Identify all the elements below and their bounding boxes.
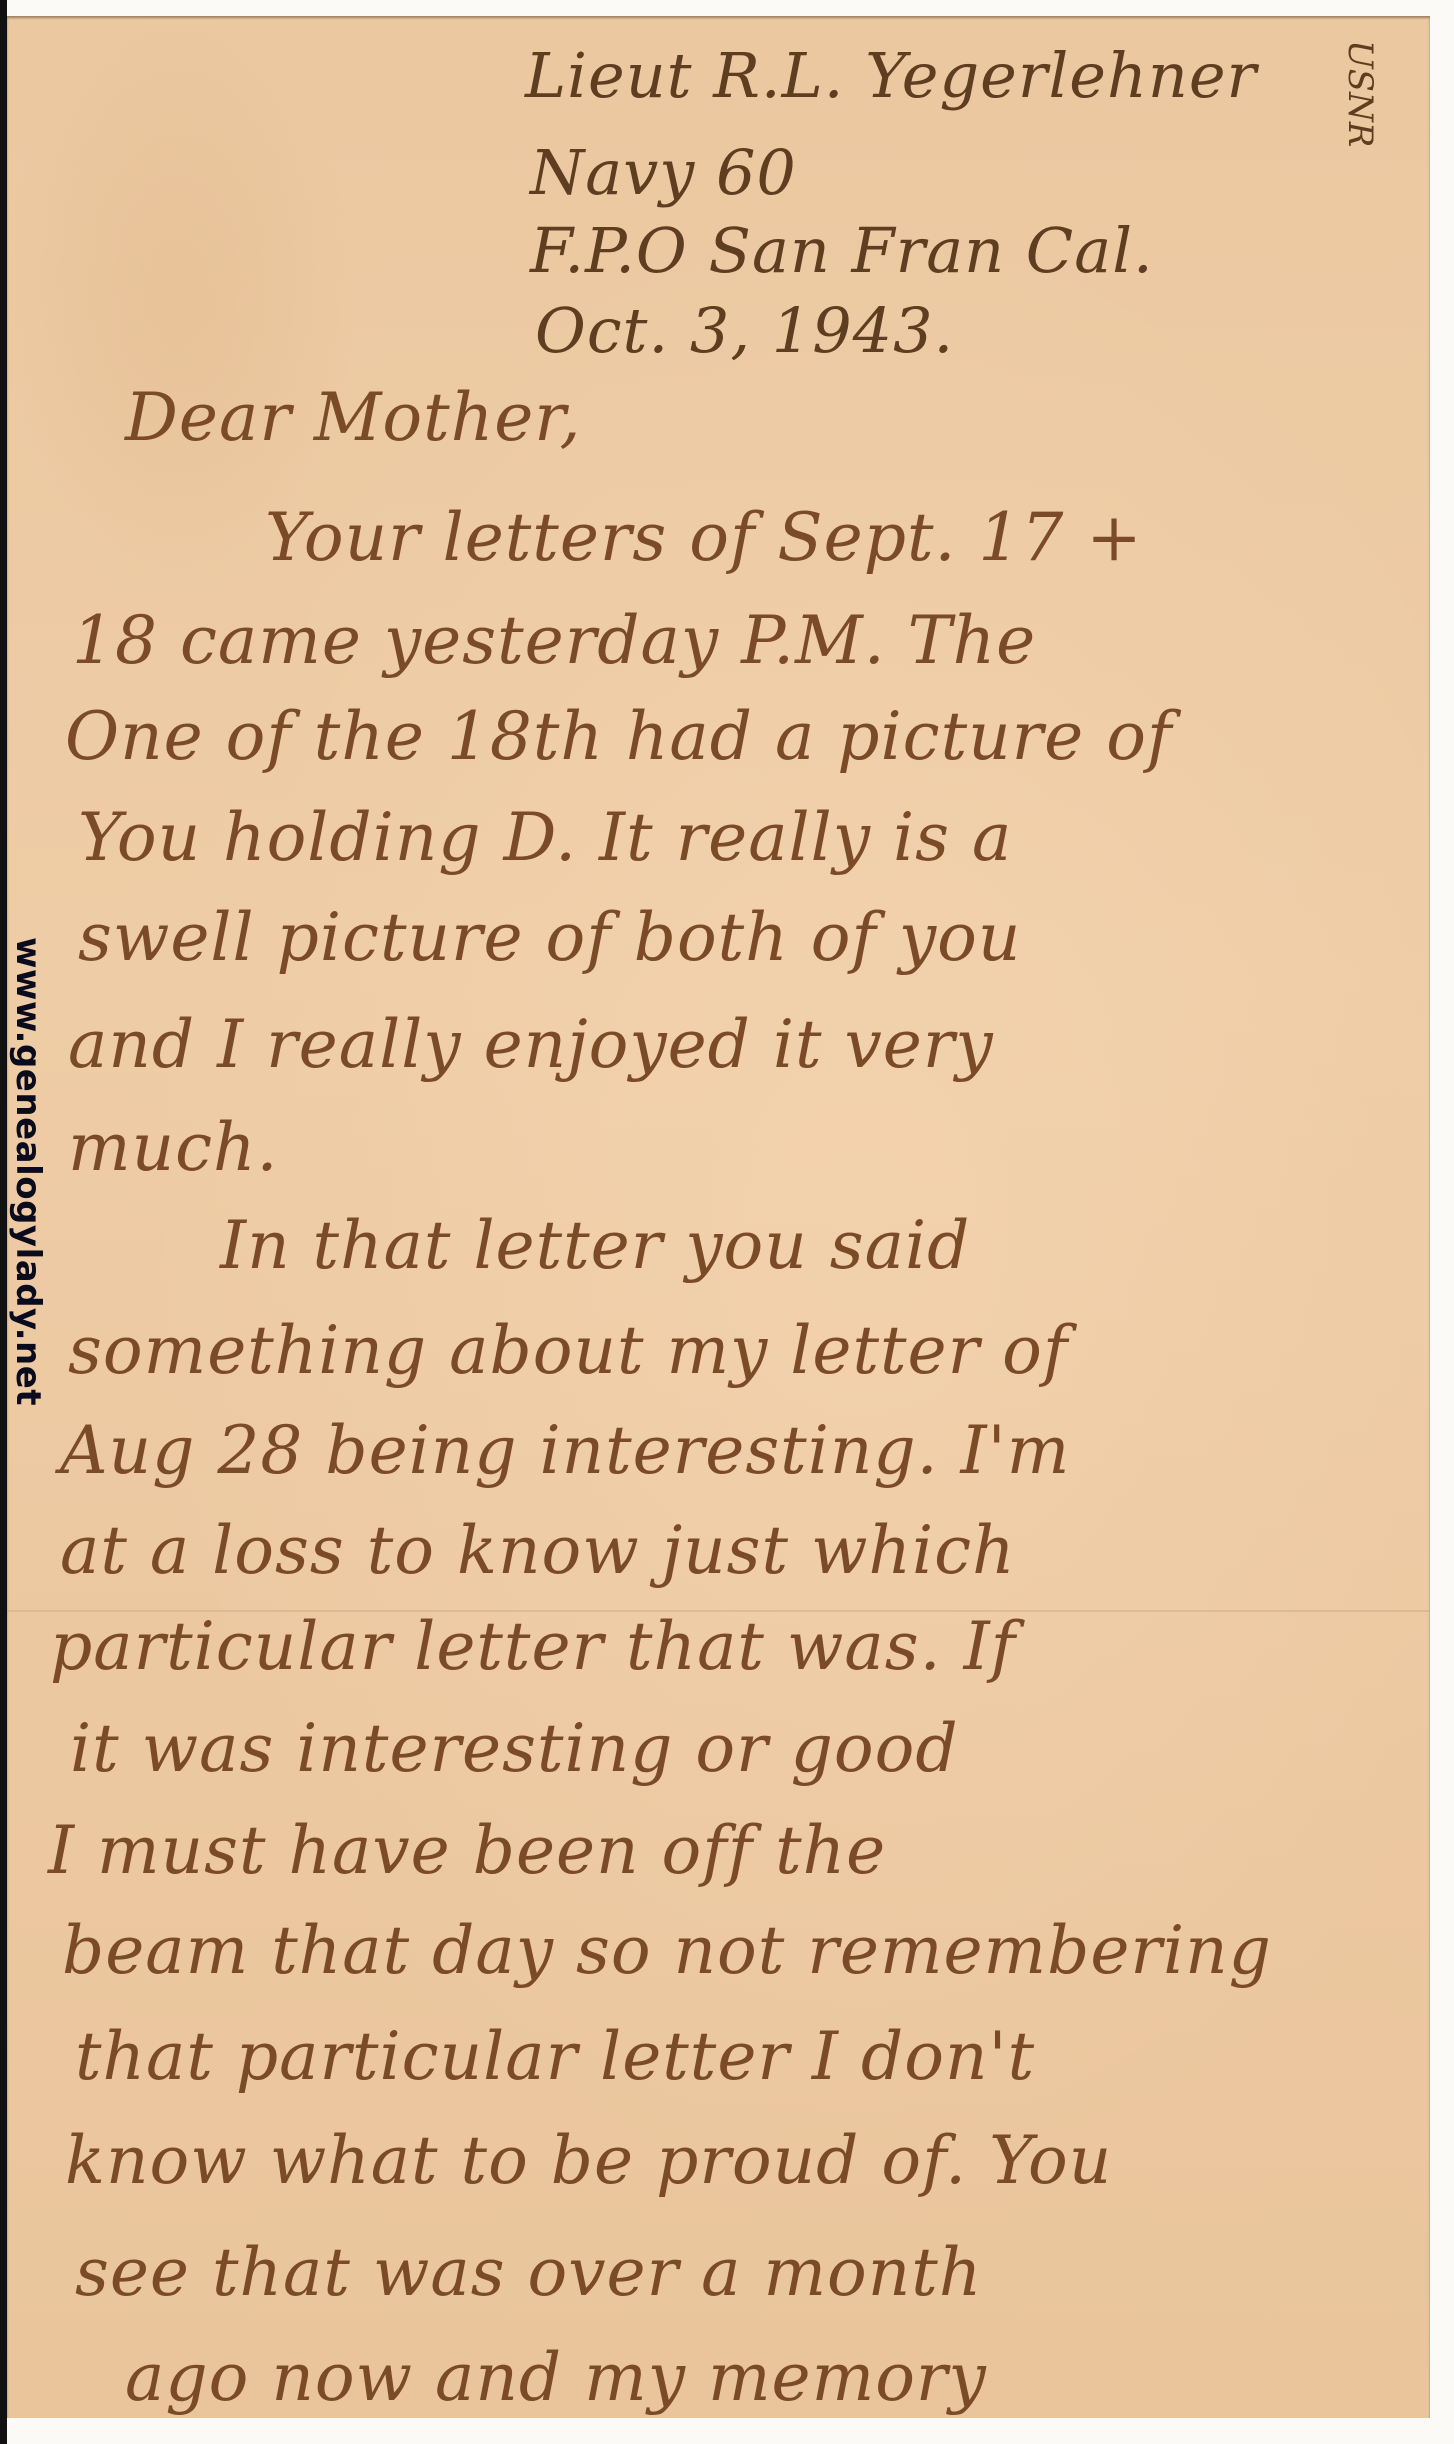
body-line: One of the 18th had a picture of [65,704,1172,770]
body-line: that particular letter I don't [75,2024,1035,2090]
body-line: Your letters of Sept. 17 + [265,505,1143,571]
letter-date: Oct. 3, 1943. [535,300,954,362]
body-line: beam that day so not remembering [62,1918,1272,1984]
body-line: something about my letter of [68,1318,1068,1384]
sender-suffix: USNR [1340,40,1380,147]
body-line: In that letter you said [220,1213,970,1279]
body-line: ago now and my memory [125,2345,987,2411]
body-line: particular letter that was. If [50,1614,1016,1680]
body-line: 18 came yesterday P.M. The [72,608,1036,674]
body-line: see that was over a month [75,2240,982,2306]
salutation: Dear Mother, [125,385,582,451]
watermark-text: www.genealogylady.net [10,937,46,1527]
body-line: at a loss to know just which [60,1518,1016,1584]
address-line-1: Navy 60 [530,142,797,204]
address-line-2: F.P.O San Fran Cal. [530,220,1154,282]
sender-name: Lieut R.L. Yegerlehner [525,45,1257,107]
body-line: Aug 28 being interesting. I'm [60,1418,1070,1484]
body-line: You holding D. It really is a [78,805,1012,871]
body-line: much. [68,1115,279,1181]
body-line: I must have been off the [48,1818,886,1884]
body-line: know what to be proud of. You [65,2128,1112,2194]
body-line: it was interesting or good [70,1716,959,1782]
body-line: and I really enjoyed it very [68,1012,994,1078]
body-line: swell picture of both of you [78,905,1021,971]
scan-border [0,0,7,2444]
